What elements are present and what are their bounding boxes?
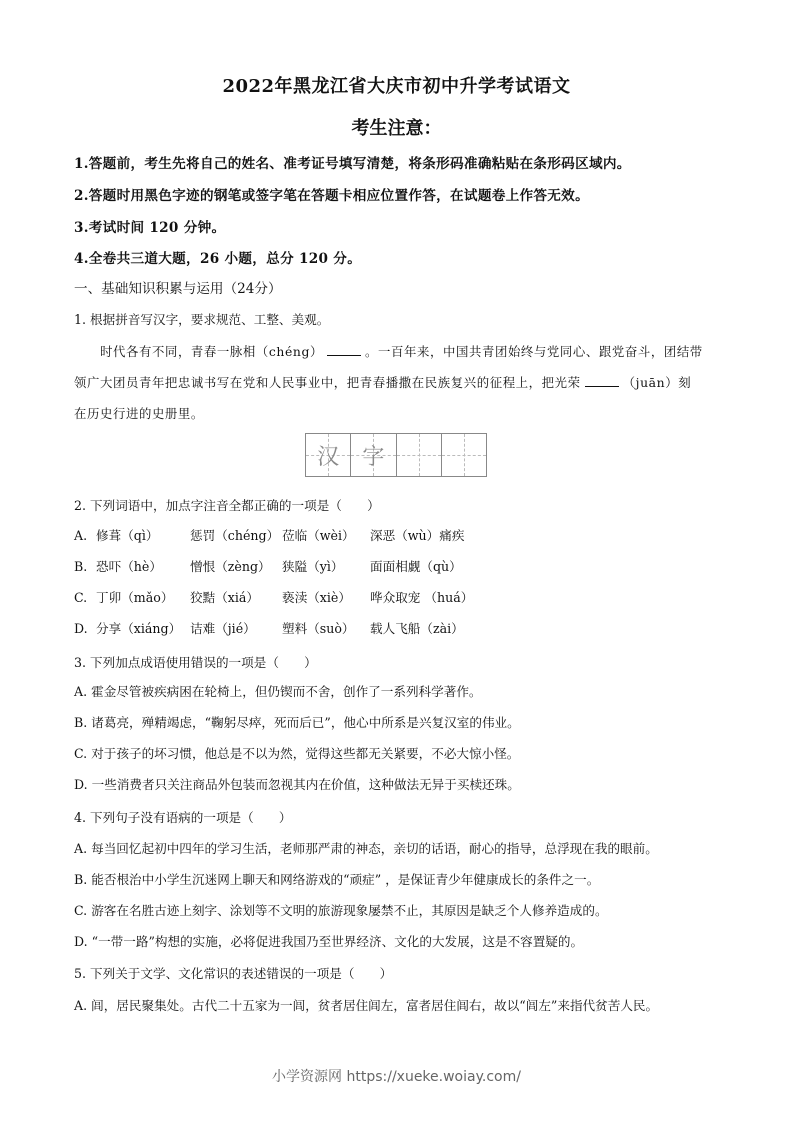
q5-stem: 5. 下列关于文学、文化常识的表述错误的一项是（ ）: [74, 963, 392, 982]
option-word: 恐吓（hè）: [96, 556, 190, 575]
option-word: 分享（xiáng）: [96, 618, 190, 637]
q3-option-d: D. 一些消费者只关注商品外包装而忽视其内在价值，这种做法无异于买椟还珠。: [74, 774, 520, 793]
notice-item-3: 3.考试时间 120 分钟。: [74, 216, 225, 236]
option-word: 面面相觑（qù）: [370, 556, 462, 575]
grid-cell: [442, 434, 486, 476]
q3-stem: 3. 下列加点成语使用错误的一项是（ ）: [74, 652, 317, 671]
q1-stem: 1. 根据拼音写汉字，要求规范、工整、美观。: [74, 309, 329, 328]
notice-item-1: 1.答题前，考生先将自己的姓名、准考证号填写清楚，将条形码准确粘贴在条形码区域内…: [74, 152, 631, 172]
page-title: 2022年黑龙江省大庆市初中升学考试语文: [0, 72, 793, 98]
q1-text: 领广大团员青年把忠诚书写在党和人民事业中，把青春播撒在民族复兴的征程上，把光荣: [74, 375, 581, 390]
q3-option-b: B. 诸葛亮，殚精竭虑，“鞠躬尽瘁，死而后已”，他心中所系是兴复汉室的伟业。: [74, 712, 520, 731]
q5-option-a: A. 闾，居民聚集处。古代二十五家为一闾，贫者居住闾左，富者居住闾右，故以“闾左…: [74, 995, 658, 1014]
option-word: 狭隘（yì）: [282, 556, 370, 575]
q4-option-b: B. 能否根治中小学生沉迷网上聊天和网络游戏的“顽症” ，是保证青少年健康成长的…: [74, 869, 599, 888]
q2-option-a: A.修葺（qì）惩罚（chéng）莅临（wèi）深恶（wù）痛疾: [74, 525, 464, 544]
option-word: 载人飞船（zài）: [370, 618, 464, 637]
grid-cell: 汉: [306, 434, 351, 476]
q1-paragraph-line-2: 领广大团员青年把忠诚书写在党和人民事业中，把青春播撒在民族复兴的征程上，把光荣（…: [74, 373, 691, 391]
q3-option-c: C. 对于孩子的坏习惯，他总是不以为然，觉得这些都无关紧要，不必大惊小怪。: [74, 743, 519, 762]
q3-option-a: A. 霍金尽管被疾病困在轮椅上，但仍锲而不舍，创作了一系列科学著作。: [74, 681, 482, 700]
q4-option-d: D. “一带一路”构想的实施，必将促进我国乃至世界经济、文化的大发展，这是不容置…: [74, 931, 583, 950]
grid-char: 字: [362, 440, 384, 471]
option-word: 憎恨（zèng）: [190, 556, 282, 575]
grid-char: 汉: [317, 440, 339, 471]
notice-heading: 考生注意：: [0, 114, 793, 140]
q4-option-c: C. 游客在名胜古迹上刻字、涂划等不文明的旅游现象屡禁不止，其原因是缺乏个人修养…: [74, 900, 608, 919]
q4-option-a: A. 每当回忆起初中四年的学习生活，老师那严肃的神态，亲切的话语，耐心的指导，总…: [74, 838, 658, 857]
option-label: D.: [74, 621, 96, 636]
answer-blank-1[interactable]: [327, 343, 361, 356]
option-word: 深恶（wù）痛疾: [370, 525, 464, 544]
option-word: 哗众取宠 （huá）: [370, 587, 473, 606]
q2-option-d: D.分享（xiáng）诘难（jié）塑料（suò）载人飞船（zài）: [74, 618, 464, 637]
q1-paragraph-line-3: 在历史行进的史册里。: [74, 404, 204, 422]
notice-item-4: 4.全卷共三道大题，26 小题，总分 120 分。: [74, 247, 361, 267]
option-word: 诘难（jié）: [190, 618, 282, 637]
option-word: 丁卯（mǎo）: [96, 587, 190, 606]
option-label: C.: [74, 590, 96, 605]
option-word: 惩罚（chéng）: [190, 525, 282, 544]
handwriting-grid: 汉 字: [305, 433, 487, 477]
option-label: A.: [74, 528, 96, 543]
q2-option-c: C.丁卯（mǎo）狡黠（xiá）亵渎（xiè）哗众取宠 （huá）: [74, 587, 473, 606]
q1-text: 时代各有不同，青春一脉相（chéng）: [100, 344, 323, 359]
watermark-footer: 小学资源网 https://xueke.woiay.com/: [0, 1066, 793, 1086]
notice-item-2: 2.答题时用黑色字迹的钢笔或签字笔在答题卡相应位置作答，在试题卷上作答无效。: [74, 184, 589, 204]
q2-stem: 2. 下列词语中，加点字注音全都正确的一项是（ ）: [74, 495, 380, 514]
option-word: 莅临（wèi）: [282, 525, 370, 544]
grid-cell: [397, 434, 442, 476]
q1-paragraph-line-1: 时代各有不同，青春一脉相（chéng）。一百年来，中国共青团始终与党同心、跟党奋…: [100, 342, 703, 360]
option-label: B.: [74, 559, 96, 574]
answer-blank-2[interactable]: [585, 374, 619, 387]
option-word: 亵渎（xiè）: [282, 587, 370, 606]
option-word: 修葺（qì）: [96, 525, 190, 544]
q1-text: （juān）刻: [623, 375, 692, 390]
option-word: 塑料（suò）: [282, 618, 370, 637]
grid-cell: 字: [351, 434, 396, 476]
section-heading-1: 一、基础知识积累与运用（24分）: [74, 277, 282, 297]
option-word: 狡黠（xiá）: [190, 587, 282, 606]
q2-option-b: B.恐吓（hè）憎恨（zèng）狭隘（yì）面面相觑（qù）: [74, 556, 462, 575]
q1-text: 。一百年来，中国共青团始终与党同心、跟党奋斗，团结带: [365, 344, 703, 359]
q4-stem: 4. 下列句子没有语病的一项是（ ）: [74, 807, 292, 826]
